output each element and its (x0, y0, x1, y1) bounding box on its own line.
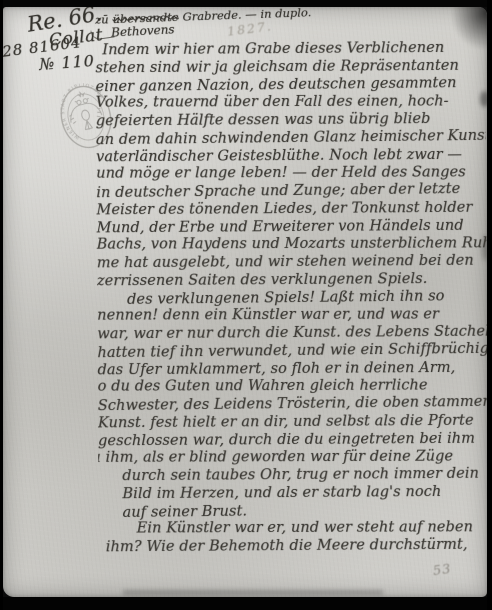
photo-frame (0, 0, 492, 610)
manuscript-photo: Re. 66. Collat 28 81604 № 110 zūübersand… (0, 0, 492, 610)
